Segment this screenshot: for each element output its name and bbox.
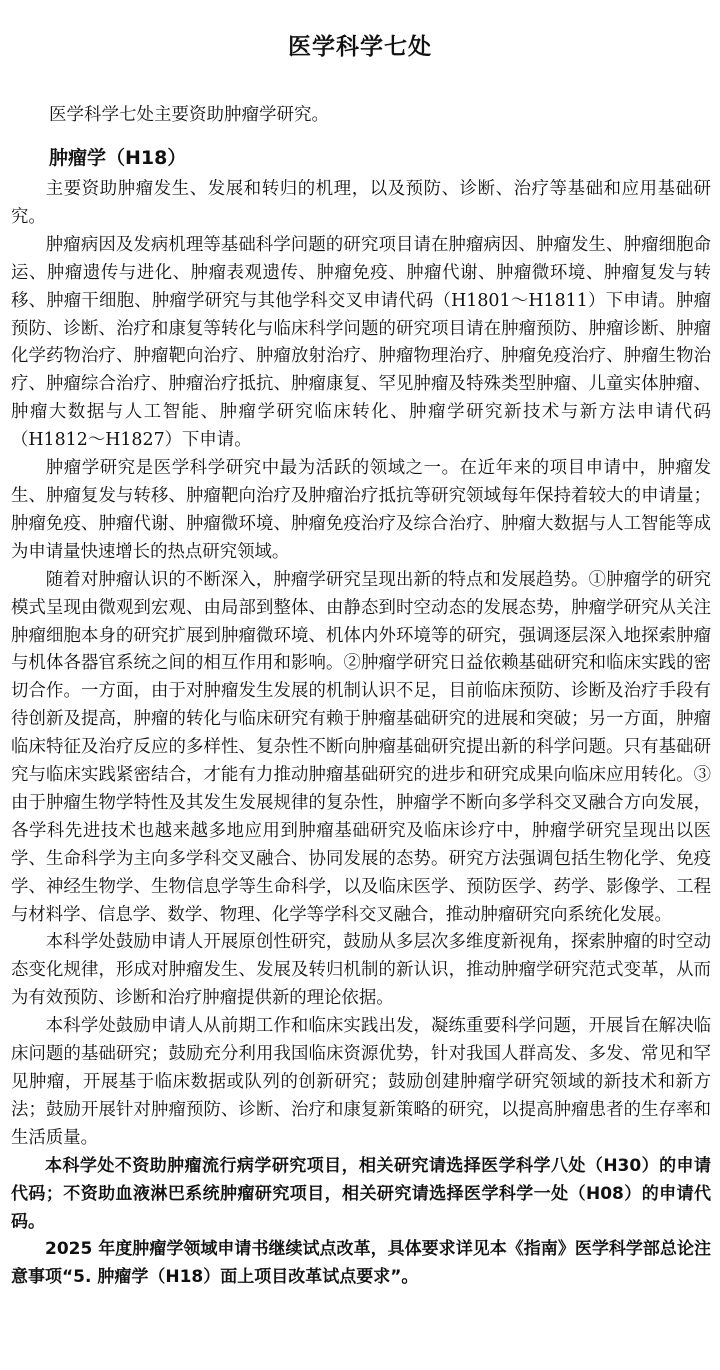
document-body: 主要资助肿瘤发生、发展和转归的机理，以及预防、诊断、治疗等基础和应用基础研究。 …	[11, 176, 711, 1292]
paragraph-exclusions: 本科学处不资助肿瘤流行病学研究项目，相关研究请选择医学科学八处（H30）的申请代…	[11, 1153, 711, 1237]
paragraph-original-research: 本科学处鼓励申请人开展原创性研究，鼓励从多层次多维度新视角，探索肿瘤的时空动态变…	[11, 929, 711, 1013]
paragraph-application-codes: 肿瘤病因及发病机理等基础科学问题的研究项目请在肿瘤病因、肿瘤发生、肿瘤细胞命运、…	[11, 232, 711, 455]
paragraph-pilot-reform: 2025 年度肿瘤学领域申请书继续试点改革，具体要求详见本《指南》医学科学部总论…	[11, 1236, 711, 1292]
paragraph-active-fields: 肿瘤学研究是医学科学研究中最为活跃的领域之一。在近年来的项目申请中，肿瘤发生、肿…	[11, 455, 711, 567]
paragraph-trends: 随着对肿瘤认识的不断深入，肿瘤学研究呈现出新的特点和发展趋势。①肿瘤学的研究模式…	[11, 567, 711, 930]
document-page: 医学科学七处 医学科学七处主要资助肿瘤学研究。 肿瘤学（H18） 主要资助肿瘤发…	[0, 0, 720, 1370]
page-title: 医学科学七处	[0, 28, 720, 61]
paragraph-clinical-research: 本科学处鼓励申请人从前期工作和临床实践出发，凝练重要科学问题，开展旨在解决临床问…	[11, 1013, 711, 1153]
intro-text: 医学科学七处主要资助肿瘤学研究。	[49, 101, 329, 126]
paragraph-scope: 主要资助肿瘤发生、发展和转归的机理，以及预防、诊断、治疗等基础和应用基础研究。	[11, 176, 711, 232]
section-heading: 肿瘤学（H18）	[49, 143, 186, 170]
